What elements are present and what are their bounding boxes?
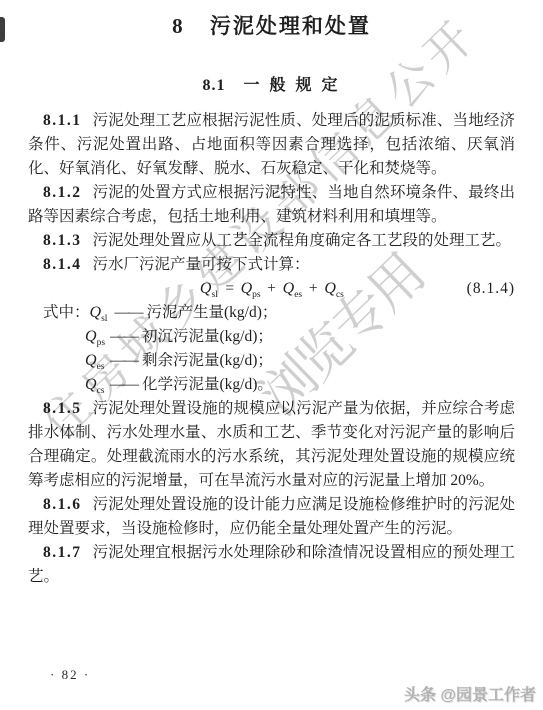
clause-number: 8.1.3	[43, 232, 82, 249]
symbol-Qes: Qes	[85, 349, 108, 373]
definition-dash: ——	[110, 328, 137, 345]
formula-definition-sl: 式中：Qsl——污泥产生量(kg/d)；	[28, 301, 515, 325]
symbol-Qsl: Qsl	[90, 301, 113, 325]
chapter-title: 污泥处理和处置	[210, 14, 371, 38]
clause-8-1-2: 8.1.2污泥的处置方式应根据污泥特性、当地自然环境条件、最终出路等因素综合考虑…	[28, 181, 515, 229]
definition-dash: ——	[110, 352, 137, 369]
clause-8-1-6: 8.1.6污泥处理处置设施的设计能力应满足设施检修维护时的污泥处理处置要求，当设…	[28, 493, 515, 541]
plus-sign: +	[267, 280, 276, 297]
definition-text: 初沉污泥量(kg/d)；	[142, 328, 273, 345]
clause-8-1-7: 8.1.7污泥处理宜根据污水处理除砂和除渣情况设置相应的预处理工艺。	[28, 541, 515, 589]
formula-definition-cs: Qcs——化学污泥量(kg/d)。	[28, 373, 515, 397]
clause-number: 8.1.4	[43, 256, 82, 273]
plus-sign: +	[309, 280, 318, 297]
clause-8-1-4: 8.1.4污水厂污泥产量可按下式计算：	[28, 253, 515, 277]
equation-8-1-4: Qsl=Qps+Qes+Qcs (8.1.4)	[28, 277, 515, 301]
formula-definition-es: Qes——剩余污泥量(kg/d)；	[28, 349, 515, 373]
clause-8-1-3: 8.1.3污泥处理处置应从工艺全流程角度确定各工艺段的处理工艺。	[28, 229, 515, 253]
section-number: 8.1	[202, 77, 225, 94]
corner-watermark: 头条 @园景工作者	[404, 682, 536, 705]
definition-dash: ——	[115, 304, 142, 321]
equation-lhs: Qsl	[197, 277, 220, 301]
symbol-Qcs: Qcs	[85, 373, 108, 397]
symbol-Qps: Qps	[85, 325, 108, 349]
equals-sign: =	[225, 280, 234, 297]
clause-text: 污泥处理宜根据污水处理除砂和除渣情况设置相应的预处理工艺。	[28, 544, 515, 585]
definition-text: 剩余污泥量(kg/d)；	[142, 352, 273, 369]
equation-term-1: Qps	[239, 277, 262, 301]
equation-term-3: Qcs	[323, 277, 346, 301]
section-heading: 8.1 一 般 规 定	[0, 72, 543, 95]
formula-where-label: 式中：	[43, 304, 90, 321]
clause-text: 污水厂污泥产量可按下式计算：	[93, 256, 310, 273]
clause-text: 污泥处理处置应从工艺全流程角度确定各工艺段的处理工艺。	[93, 232, 512, 249]
chapter-heading: 8 污泥处理和处置	[0, 10, 543, 40]
clause-text: 污泥处理处置设施的规模应以污泥产量为依据，并应综合考虑排水体制、污水处理水量、水…	[28, 400, 515, 489]
definition-text: 污泥产生量(kg/d)；	[147, 304, 278, 321]
definition-text: 化学污泥量(kg/d)。	[142, 376, 273, 393]
clause-number: 8.1.6	[43, 496, 82, 513]
formula-definition-ps: Qps——初沉污泥量(kg/d)；	[28, 325, 515, 349]
equation-number: (8.1.4)	[467, 277, 515, 301]
clause-number: 8.1.1	[43, 112, 82, 129]
document-page: 住房城乡建设部信息公开 浏览专用 8 污泥处理和处置 8.1 一 般 规 定 8…	[0, 0, 543, 710]
definition-dash: ——	[110, 376, 137, 393]
section-title: 一 般 规 定	[243, 77, 340, 94]
equation-term-2: Qes	[281, 277, 304, 301]
clause-text: 污泥处理工艺应根据污泥性质、处理后的泥质标准、当地经济条件、污泥处置出路、占地面…	[28, 112, 515, 177]
clause-number: 8.1.7	[43, 544, 82, 561]
clause-text: 污泥的处置方式应根据污泥特性、当地自然环境条件、最终出路等因素综合考虑，包括土地…	[28, 184, 515, 225]
body-text: 8.1.1污泥处理工艺应根据污泥性质、处理后的泥质标准、当地经济条件、污泥处置出…	[28, 109, 515, 589]
chapter-number: 8	[172, 14, 185, 38]
page-content: 8 污泥处理和处置 8.1 一 般 规 定 8.1.1污泥处理工艺应根据污泥性质…	[0, 0, 543, 710]
clause-number: 8.1.2	[43, 184, 82, 201]
clause-text: 污泥处理处置设施的设计能力应满足设施检修维护时的污泥处理处置要求，当设施检修时，…	[28, 496, 515, 537]
clause-number: 8.1.5	[43, 400, 82, 417]
clause-8-1-5: 8.1.5污泥处理处置设施的规模应以污泥产量为依据，并应综合考虑排水体制、污水处…	[28, 397, 515, 493]
scan-artifact	[0, 17, 5, 42]
clause-8-1-1: 8.1.1污泥处理工艺应根据污泥性质、处理后的泥质标准、当地经济条件、污泥处置出…	[28, 109, 515, 181]
equation-expression: Qsl=Qps+Qes+Qcs	[197, 280, 345, 297]
page-number: · 82 ·	[50, 667, 90, 683]
